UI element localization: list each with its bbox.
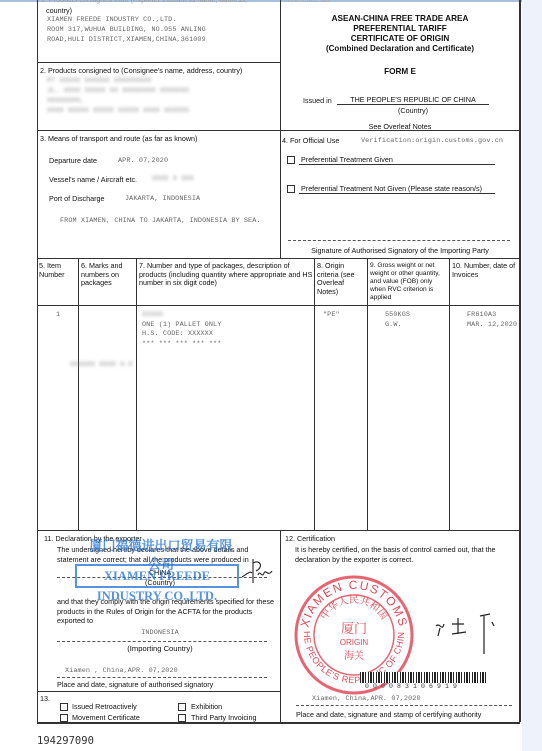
company-stamp-chinese: 厦门福德进出口贸易有限公司 — [85, 534, 237, 557]
invoice-number: FR610A3 — [467, 311, 496, 320]
port-value: JAKARTA, INDONESIA — [125, 195, 200, 204]
description-line-4: *** *** *** *** *** — [142, 340, 221, 349]
issued-retroactively-label: Issued Retroactively — [72, 702, 137, 711]
issued-in-underline — [337, 104, 489, 105]
col-divider — [449, 258, 450, 530]
box1-label-cut: 1. Products consigned from (Exporter's b… — [41, 0, 247, 4]
checkbox-preferential-given[interactable] — [287, 156, 295, 164]
certification-text: It is hereby certified, on the basis of … — [295, 545, 517, 565]
departure-date-value: APR. 07,2020 — [118, 157, 168, 166]
divider-box13 — [37, 691, 280, 692]
checkbox-movement-certificate[interactable] — [60, 714, 68, 722]
weight-value: 550KGS — [385, 311, 410, 320]
third-party-invoicing-label: Third Party Invoicing — [191, 713, 257, 722]
exhibition-label: Exhibition — [191, 702, 222, 711]
exporter-address-2: ROAD,HULI DISTRICT,XIAMEN,CHINA,361009 — [47, 36, 206, 45]
preferential-given-label: Preferential Treatment Given — [301, 155, 393, 164]
certifier-place-caption: Place and date, signature and stamp of c… — [296, 710, 481, 719]
svg-text:ORIGIN: ORIGIN — [340, 638, 369, 647]
col-header-item: 5. Item Number — [39, 262, 77, 279]
importer-signature-line — [288, 240, 510, 241]
col-header-weight: 9. Gross weight or net weight or other q… — [370, 262, 449, 302]
item-number: 1 — [56, 311, 60, 320]
checkbox-issued-retroactively[interactable] — [60, 703, 68, 711]
box2-label: 2. Products consigned to (Consignee's na… — [40, 66, 242, 75]
exporter-place-date: Xiamen , China,APR. 07,2020 — [65, 667, 178, 676]
certifier-place-date: Xiamen, China,APR. 07,2020 — [312, 695, 421, 704]
invoice-date: MAR. 12,2020 — [467, 321, 517, 330]
form-name: FORM E — [281, 67, 519, 76]
frame-right — [519, 0, 521, 722]
exporter-place-line — [57, 677, 267, 678]
box12-label: 12. Certification — [285, 534, 335, 543]
importing-country-value: INDONESIA — [100, 629, 220, 638]
col-divider — [367, 258, 368, 530]
description-line-2: ONE (1) PALLET ONLY — [142, 321, 221, 330]
marks-value: XXXXXX XXXX X-X — [70, 361, 133, 370]
importer-signature-caption: Signature of Authorised Signatory of the… — [281, 246, 519, 255]
movement-certificate-label: Movement Certificate — [72, 713, 140, 722]
col-header-invoice: 10. Number, date of Invoices — [452, 262, 516, 279]
svg-text:海关: 海关 — [344, 649, 364, 662]
importing-country-line — [57, 641, 267, 642]
vessel-label: Vessel's name / Aircraft etc. — [49, 175, 137, 184]
consignee-line-1: PT XXXXX XXXXXX XXXXXXXXX — [47, 77, 151, 86]
consignee-line-4: XXXX XXXXX XXXXX XXXXX XXXX XXXXXX — [47, 107, 189, 116]
title-line-4: (Combined Declaration and Certificate) — [281, 44, 519, 54]
consignee-line-3: XXXXXXXX, — [47, 97, 85, 106]
divider-box1-2 — [37, 62, 280, 63]
description-line-1: XXXXX — [142, 311, 163, 320]
certifier-signature-icon — [430, 610, 510, 660]
issued-in-label: Issued in — [303, 96, 332, 105]
checkbox-third-party-invoicing[interactable] — [178, 714, 186, 722]
departure-date-label: Departure date — [49, 156, 97, 165]
title-line-1: ASEAN-CHINA FREE TRADE AREA — [281, 14, 519, 24]
reference-no-label: Reference No. — [285, 0, 331, 4]
frame-left — [37, 0, 38, 722]
checkbox-preferential-not-given[interactable] — [287, 185, 295, 193]
exporter-place-caption: Place and date, signature of authorised … — [57, 680, 213, 689]
certifier-place-line — [296, 705, 512, 706]
route-value: FROM XIAMEN, CHINA TO JAKARTA, INDONESIA… — [60, 217, 261, 226]
checkbox-exhibition[interactable] — [178, 703, 186, 711]
serial-number: 194297090 — [37, 735, 94, 747]
port-label: Port of Discharge — [49, 194, 105, 203]
divider-table-bottom — [37, 530, 520, 531]
svg-text:厦门: 厦门 — [341, 622, 367, 637]
frame-bottom — [37, 722, 520, 724]
origin-criteria: "PE" — [323, 311, 340, 320]
box3-label: 3. Means of transport and route (as far … — [40, 134, 197, 143]
box4-label: 4. For Official Use — [282, 136, 339, 145]
see-overleaf-notes: See Overleaf Notes — [281, 122, 519, 131]
title-line-3: CERTIFICATE OF ORIGIN — [281, 34, 519, 44]
box1-label: country) — [46, 6, 72, 15]
col-divider — [136, 258, 137, 530]
verification-url: Verification:origin.customs.gov.cn — [361, 137, 503, 146]
exporter-name: XIAMEN FREEDE INDUSTRY CO.,LTD. — [47, 16, 177, 25]
col-header-marks: 6. Marks and numbers on packages — [81, 262, 135, 288]
barcode-number: 0 0 0 0 8 3 1 0 6 9 1 9 — [365, 682, 457, 691]
importing-country-caption: (Importing Country) — [90, 644, 230, 653]
vessel-value: XXXX X XXX — [152, 175, 194, 184]
viewer-margin — [522, 0, 542, 751]
box13-label: 13. — [40, 694, 50, 703]
preferential-not-given-label: Preferential Treatment Not Given (Please… — [301, 184, 482, 193]
country-caption: (Country) — [337, 106, 489, 115]
col-divider — [78, 258, 79, 530]
col-header-description: 7. Number and type of packages, descript… — [139, 262, 313, 288]
consignee-line-2: JL. XXXX XXXXX XX XXXXXXXX XXXXXXX — [47, 87, 189, 96]
divider-bottom — [280, 530, 281, 722]
col-header-criteria: 8. Origin criteria (see Overleaf Notes) — [317, 262, 367, 296]
exporter-address-1: ROOM 317,WUHUA BUILDING, NO.955 ANLING — [47, 26, 206, 35]
title-line-2: PREFERENTIAL TARIFF — [281, 24, 519, 34]
company-stamp-english: XIAMEN FREEDE INDUSTRY CO.,LTD. — [75, 564, 239, 588]
preferential-given-underline — [299, 164, 495, 165]
preferential-not-given-underline — [299, 193, 495, 194]
issued-in-value: THE PEOPLE'S REPUBLIC OF CHINA — [337, 95, 489, 104]
description-line-3: H.S. CODE: XXXXXX — [142, 330, 213, 339]
divider-table-header — [37, 305, 520, 306]
exporter-signature-icon — [240, 555, 274, 585]
col-divider — [314, 258, 315, 530]
divider-table-top — [37, 258, 520, 259]
weight-type: G.W. — [385, 321, 402, 330]
